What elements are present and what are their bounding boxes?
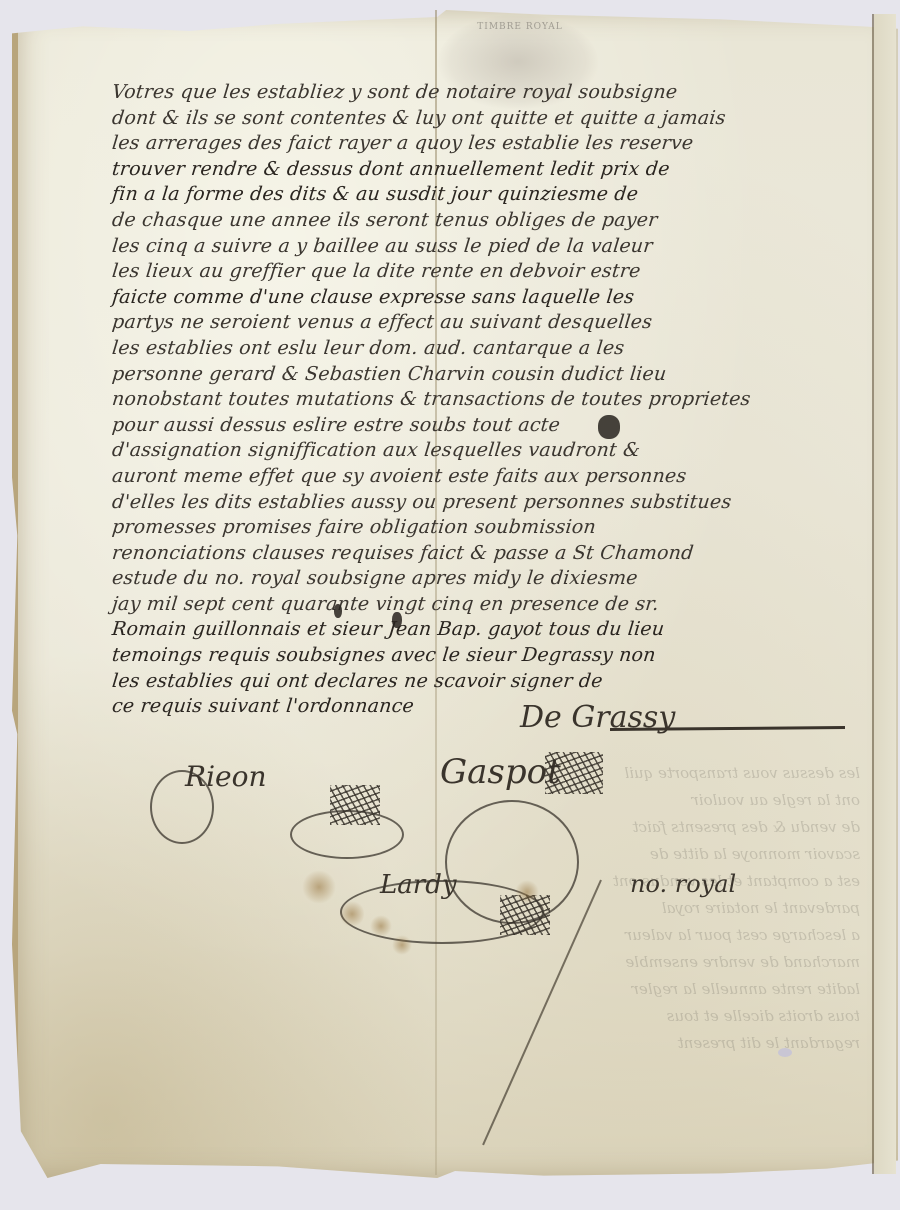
signature-flourish xyxy=(340,880,544,944)
signature-paraphe xyxy=(545,752,603,794)
adjacent-sheet-edge xyxy=(874,14,896,1174)
foxing-stain xyxy=(340,900,364,928)
signature-gaspot: Gaspot xyxy=(440,752,561,792)
manuscript-line: jay mil sept cent quarante vingt cinq en… xyxy=(111,592,874,618)
manuscript-line: promesses promises faire obligation soub… xyxy=(111,515,874,541)
bleed-line: tous droits dicelle et tous xyxy=(40,1003,860,1030)
manuscript-line: les establies ont eslu leur dom. aud. ca… xyxy=(111,336,874,362)
ink-blot xyxy=(334,604,342,618)
bleed-line: ladite rente annuelle la regler xyxy=(40,976,860,1003)
manuscript-line: dont & ils se sont contentes & luy ont q… xyxy=(111,106,874,132)
manuscript-line: Romain guillonnais et sieur Jean Bap. ga… xyxy=(111,617,874,643)
document-scan: TIMBRE ROYAL les dessus vous transporte … xyxy=(0,0,900,1210)
manuscript-line: Votres que les establiez y sont de notai… xyxy=(111,80,874,106)
paper-hole xyxy=(778,1048,792,1057)
foxing-stain xyxy=(302,870,336,904)
manuscript-line: faicte comme d'une clause expresse sans … xyxy=(111,285,874,311)
manuscript-body: Votres que les establiez y sont de notai… xyxy=(112,80,872,720)
manuscript-line: auront meme effet que sy avoient este fa… xyxy=(111,464,874,490)
manuscript-line: pour aussi dessus eslire estre soubs tou… xyxy=(111,413,874,439)
manuscript-line: trouver rendre & dessus dont annuellemen… xyxy=(111,157,874,183)
manuscript-line: les lieux au greffier que la dite rente … xyxy=(111,259,874,285)
manuscript-line: fin a la forme des dits & au susdit jour… xyxy=(111,182,874,208)
bleed-line: marchand de vendre ensemble xyxy=(40,949,860,976)
manuscript-line: les arrerages des faict rayer a quoy les… xyxy=(111,131,874,157)
manuscript-line: temoings requis soubsignes avec le sieur… xyxy=(111,643,874,669)
signature-flourish xyxy=(150,770,214,844)
manuscript-line: ce requis suivant l'ordonnance xyxy=(111,694,874,720)
foxing-stain xyxy=(515,880,539,904)
manuscript-line: personne gerard & Sebastien Charvin cous… xyxy=(111,362,874,388)
manuscript-line: les cinq a suivre a y baillee au suss le… xyxy=(111,234,874,260)
manuscript-line: partys ne seroient venus a effect au sui… xyxy=(111,310,874,336)
stamp-text: TIMBRE ROYAL xyxy=(455,22,585,32)
signature-notary-mark: no. royal xyxy=(630,870,736,898)
manuscript-line: de chasque une annee ils seront tenus ob… xyxy=(111,208,874,234)
manuscript-line: nonobstant toutes mutations & transactio… xyxy=(111,387,874,413)
ink-blot xyxy=(392,612,402,628)
foxing-stain xyxy=(392,935,412,955)
manuscript-line: d'elles les dits establies aussy ou pres… xyxy=(111,490,874,516)
manuscript-line: renonciations clauses requises faict & p… xyxy=(111,541,874,567)
manuscript-line: estude du no. royal soubsigne apres midy… xyxy=(111,566,874,592)
foxing-stain xyxy=(370,915,392,937)
manuscript-line: les establies qui ont declares ne scavoi… xyxy=(111,669,874,695)
ink-blot xyxy=(598,415,620,439)
signature-flourish xyxy=(290,810,404,859)
manuscript-line: d'assignation signiffication aux lesquel… xyxy=(111,438,874,464)
bleed-line: regardant le dit present xyxy=(40,1030,860,1057)
